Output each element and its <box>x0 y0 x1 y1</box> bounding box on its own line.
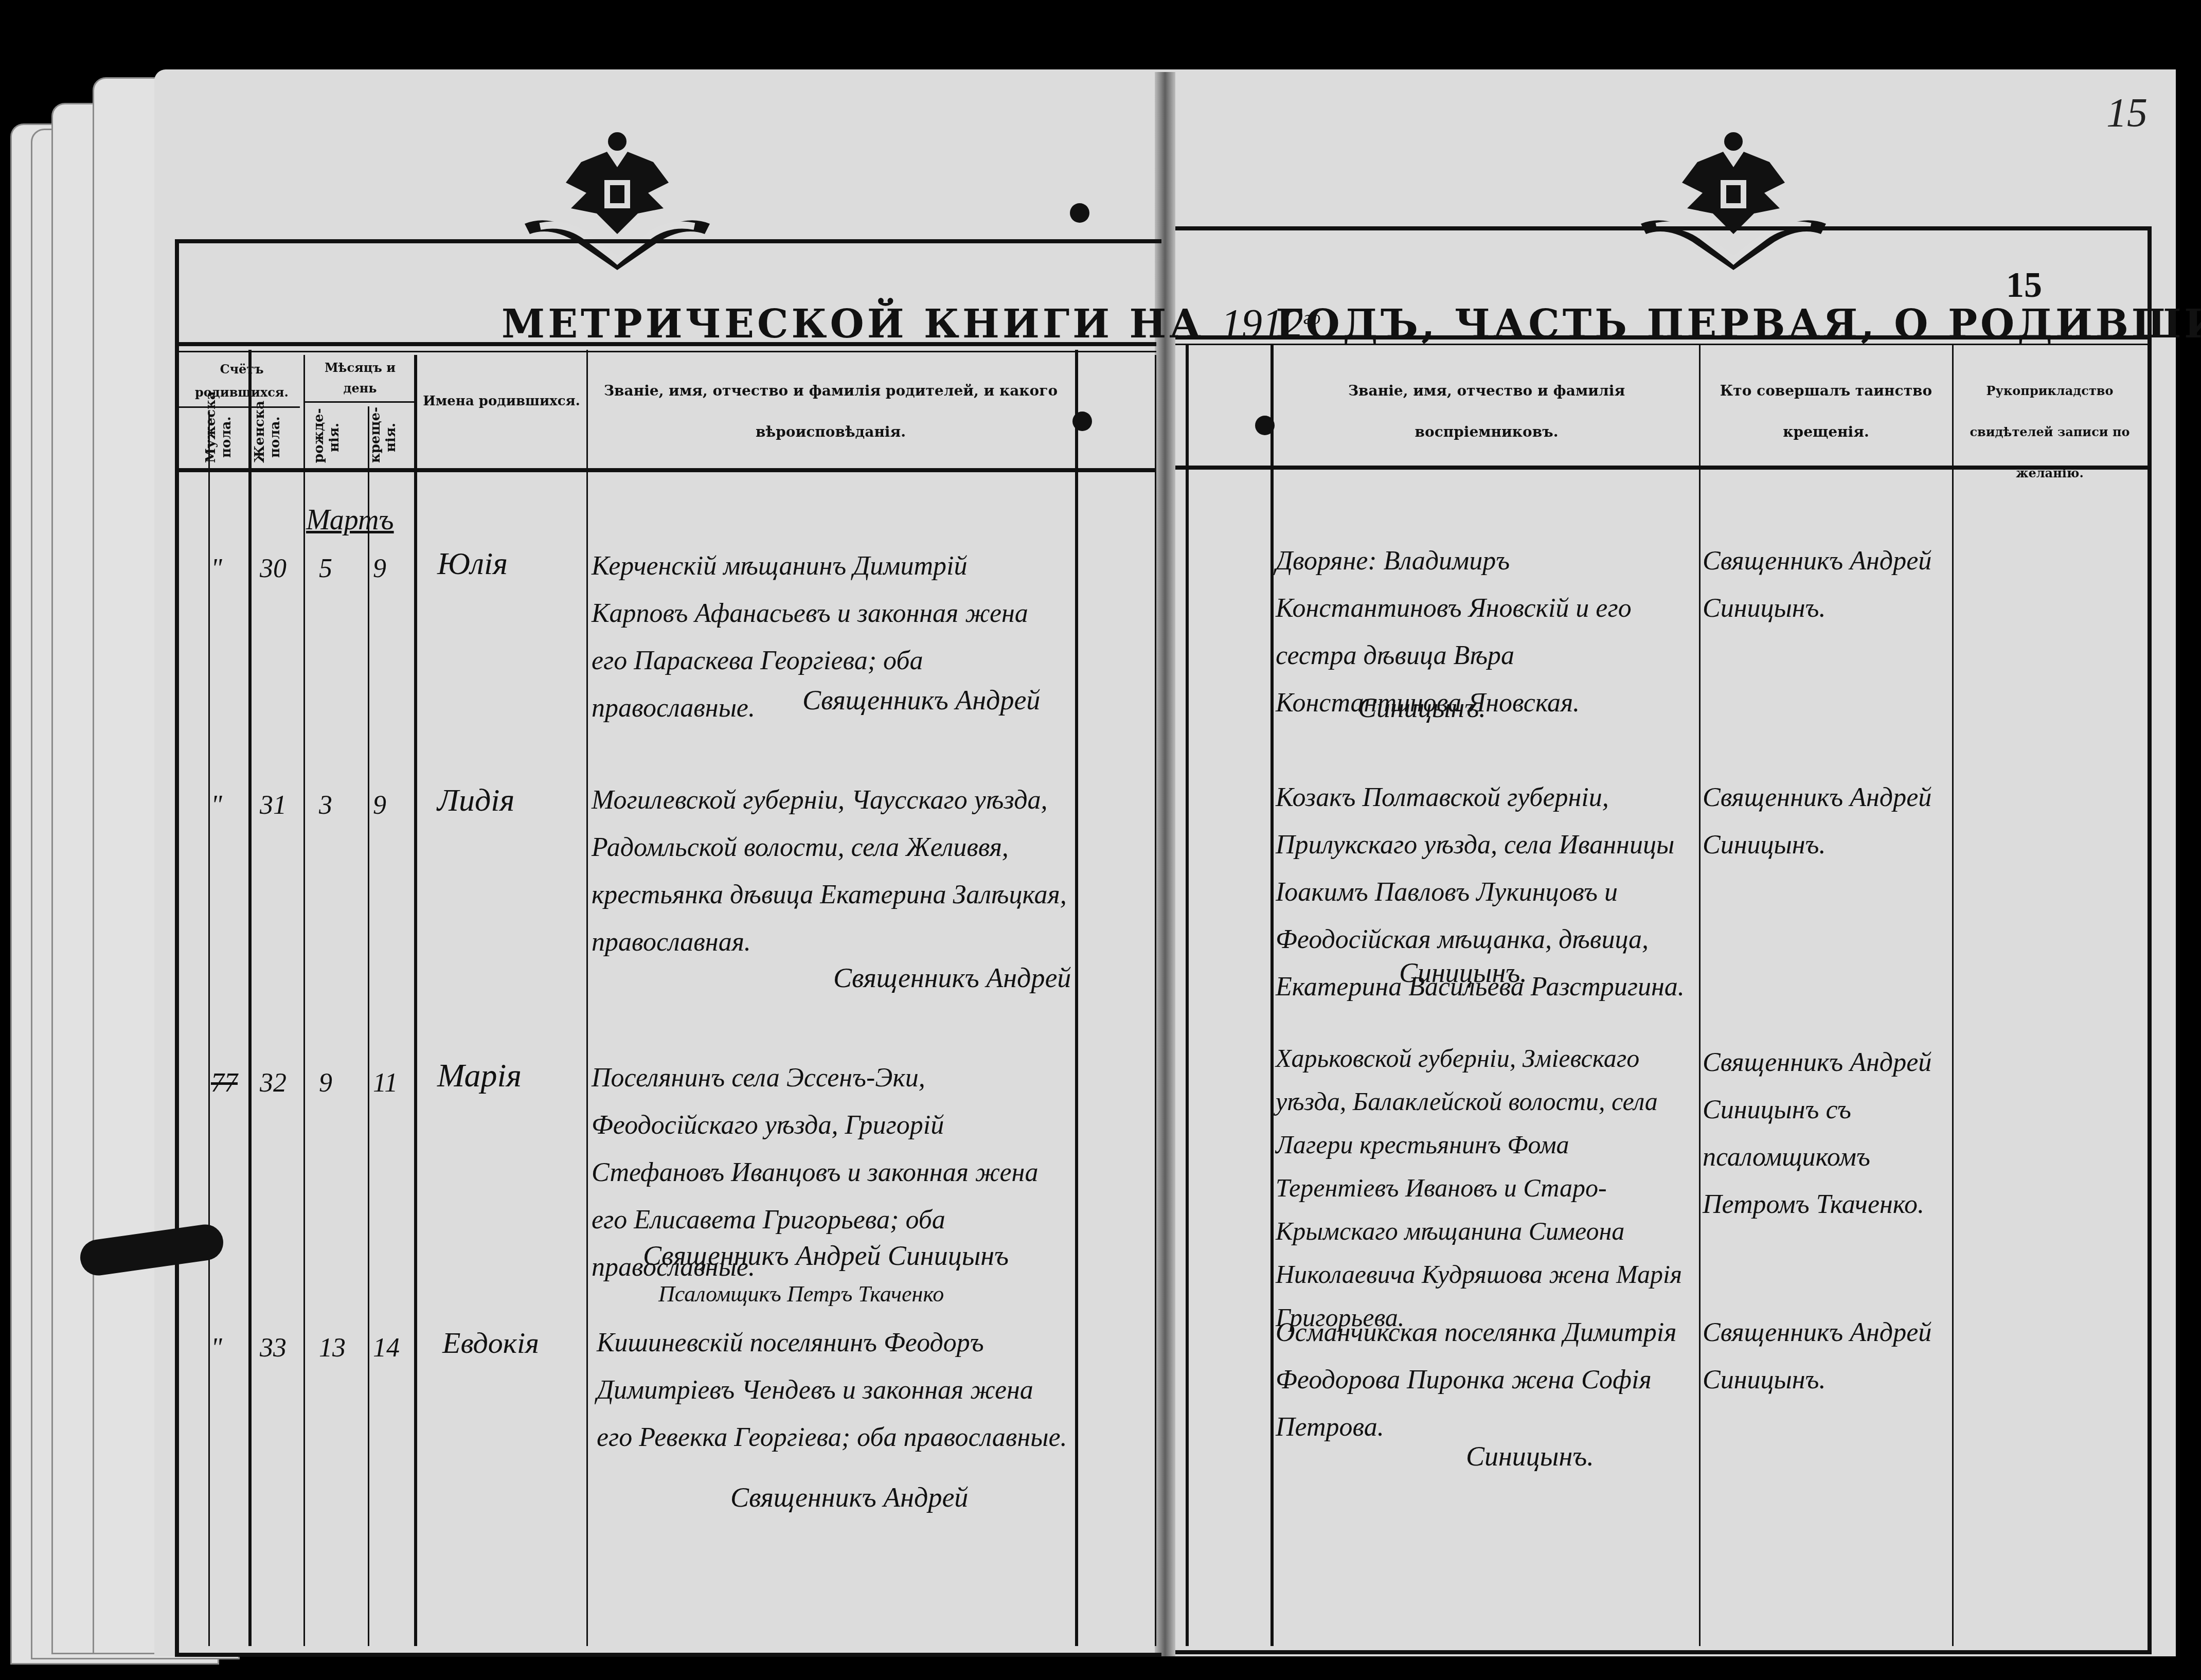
female-count: 30 <box>260 545 287 593</box>
printed-page-number: 15 <box>2006 265 2042 306</box>
col-line <box>1952 345 1954 1646</box>
header-baptized: креще-нія. <box>368 412 414 463</box>
binding-hole <box>1072 412 1092 431</box>
header-male: Мужеска пола. <box>203 412 249 463</box>
col-line <box>1271 345 1274 1646</box>
baptism-day: 9 <box>373 545 386 593</box>
female-count: 32 <box>260 1060 287 1107</box>
officiant-text: Священникъ Андрей Синицынъ. <box>1703 774 1944 869</box>
female-count: 33 <box>260 1325 287 1372</box>
title-left: МЕТРИЧЕСКОЙ КНИГИ НА 1912го <box>502 301 1320 348</box>
header-top-rule-right <box>1175 335 2148 339</box>
officiant-text: Священникъ Андрей Синицынъ. <box>1703 538 1944 632</box>
priest-signature: Священникъ Андрей <box>802 684 1040 716</box>
godparents-text: Османчикская поселянка Димитрія Феодоров… <box>1276 1309 1692 1451</box>
female-count: 31 <box>260 782 287 829</box>
header-signatures: Рукоприкладство свидѣтелей записи по жел… <box>1955 370 2145 494</box>
col-line <box>1075 350 1078 1646</box>
male-count: " <box>211 545 222 593</box>
birth-day: 13 <box>319 1325 346 1372</box>
header-month-group: Мѣсяцъ и день <box>306 358 414 399</box>
male-count: " <box>211 1325 222 1372</box>
title-right: ГОДЪ, ЧАСТЬ ПЕРВАЯ, О РОДИВШИХСЯ. <box>1276 301 2201 347</box>
header-godparents: Званіе, имя, отчество и фамилія воспріем… <box>1276 370 1697 453</box>
col-line <box>586 350 588 1646</box>
officiant-text: Священникъ Андрей Синицынъ съ псаломщико… <box>1703 1039 1944 1228</box>
header-names: Имена родившихся. <box>417 391 586 412</box>
col-line <box>414 355 417 1646</box>
parents-text: Могилевской губерніи, Чаусскаго уѣзда, Р… <box>592 777 1070 966</box>
header-top-rule <box>179 342 1156 346</box>
header-parents: Званіе, имя, отчество и фамилія родителе… <box>592 370 1070 453</box>
birth-day: 5 <box>319 545 332 593</box>
month-label: Мартъ <box>306 496 394 544</box>
male-count: " <box>211 782 222 829</box>
col-line <box>1155 355 1156 1646</box>
subheader-rule-month <box>303 401 414 403</box>
subheader-rule-count <box>179 406 300 408</box>
header-top-rule-thin <box>179 351 1156 352</box>
child-name: Юлія <box>437 540 508 587</box>
godparents-text: Харьковской губерніи, Зміевскаго уѣзда, … <box>1276 1036 1692 1339</box>
binding-hole <box>1070 203 1089 223</box>
godparents-signature: Синицынъ. <box>1466 1440 1594 1472</box>
child-name: Евдокія <box>442 1319 539 1367</box>
header-born: рожде-нія. <box>311 412 357 463</box>
col-line <box>368 406 369 1646</box>
header-top-rule-thin-right <box>1175 344 2148 345</box>
birth-day: 9 <box>319 1060 332 1107</box>
officiant-text: Священникъ Андрей Синицынъ. <box>1703 1309 1944 1404</box>
col-line <box>1186 345 1189 1646</box>
priest-signature: Священникъ Андрей Синицынъ <box>643 1240 1009 1272</box>
header-bottom-rule <box>179 468 1156 472</box>
godparents-signature: Синицынъ. <box>1399 957 1527 989</box>
col-line <box>1699 345 1701 1646</box>
col-line <box>208 412 210 1646</box>
birth-day: 3 <box>319 782 332 829</box>
col-line <box>303 355 305 1646</box>
corner-page-number: 15 <box>2106 90 2148 137</box>
binding-hole <box>1255 416 1275 435</box>
header-officiant: Кто совершалъ таинство крещенія. <box>1703 370 1949 453</box>
psalmist-signature: Псаломщикъ Петръ Ткаченко <box>658 1281 944 1307</box>
godparents-signature: Синицынъ. <box>1358 692 1486 724</box>
col-line <box>248 350 252 1646</box>
baptism-day: 14 <box>373 1325 400 1372</box>
baptism-day: 11 <box>373 1060 398 1107</box>
baptism-day: 9 <box>373 782 386 829</box>
header-female: Женска пола. <box>252 412 298 463</box>
priest-signature: Священникъ Андрей <box>833 962 1071 994</box>
header-count-group: Счётъ родившихся. <box>183 358 301 404</box>
priest-signature: Священникъ Андрей <box>730 1481 968 1513</box>
child-name: Марія <box>437 1052 522 1099</box>
child-name: Лидія <box>437 777 514 824</box>
parents-text: Кишиневскій поселянинъ Феодоръ Димитріев… <box>597 1319 1070 1461</box>
male-count: 77 <box>211 1060 238 1107</box>
